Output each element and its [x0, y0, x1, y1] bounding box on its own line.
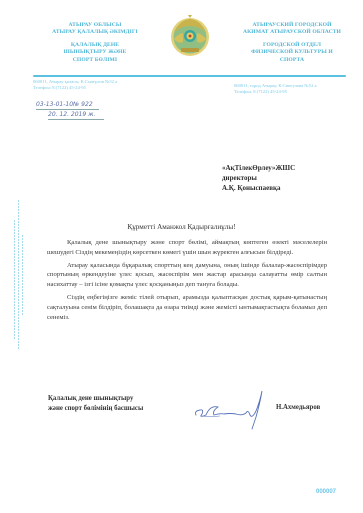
registration-date: 20. 12. 2019 ж.	[48, 110, 104, 120]
org-line: АТЫРАУ ҚАЛАЛЫҚ ӘКІМДІГІ	[30, 29, 160, 36]
signatory-name: Н.Ахмедьяров	[276, 404, 320, 411]
address-right: 060011, город Атырау, К.Смагулова №52 а …	[234, 83, 317, 95]
phone-text: Телефон: 8 (7122) 45-24-95	[234, 89, 317, 95]
letterhead-left: АТЫРАУ ОБЛЫСЫ АТЫРАУ ҚАЛАЛЫҚ ӘКІМДІГІ ҚА…	[30, 22, 160, 64]
serial-number: 000007	[316, 489, 336, 495]
letter-body: Қалалық дене шынықтыру және спорт бөлімі…	[47, 238, 327, 325]
org-line: АТЫРАУ ОБЛЫСЫ	[30, 22, 160, 29]
dept-line: ШЫНЫҚТЫРУ ЖӘНЕ	[30, 49, 160, 56]
registration-stamp: 03-13-01-10№ 922 20. 12. 2019 ж.	[36, 100, 104, 120]
dept-line: ҚАЛАЛЫҚ ДЕНЕ	[30, 42, 160, 49]
org-line: АКИМАТ АТЫРАУСКОЙ ОБЛАСТИ	[222, 29, 362, 36]
salutation: Құрметті Аманжол Қадырғалиұлы!	[0, 223, 363, 231]
addressee-block: «АқТілекӨрлеу»ЖШС директоры А.Қ. Қоныспа…	[222, 163, 295, 193]
dept-line: СПОРТА	[222, 57, 362, 64]
addressee-line: директоры	[222, 173, 295, 183]
address-left: 060011, Атырау қаласы, К.Смағұлов №52 а …	[33, 79, 117, 91]
handwritten-signature-icon	[190, 383, 270, 433]
signatory-title: Қалалық дене шынықтыру және спорт бөлімі…	[48, 394, 143, 414]
addressee-line: «АқТілекӨрлеу»ЖШС	[222, 163, 295, 173]
registration-number: 03-13-01-10№ 922	[36, 100, 99, 110]
addressee-line: А.Қ. Қоныспаевқа	[222, 183, 295, 193]
title-line: Қалалық дене шынықтыру	[48, 394, 143, 404]
title-line: және спорт бөлімінің басшысы	[48, 404, 143, 414]
letterhead-right: АТЫРАУСКИЙ ГОРОДСКОЙ АКИМАТ АТЫРАУСКОЙ О…	[222, 22, 362, 64]
dept-line: СПОРТ БӨЛІМІ	[30, 57, 160, 64]
state-emblem-icon	[169, 14, 211, 62]
paragraph: Атырау қаласында бұқаралық спорттың кең …	[47, 261, 327, 290]
paragraph: Сіздің еңбегіңізге жеміс тілей отырып, а…	[47, 293, 327, 322]
phone-text: Телефон: 8 (7122) 45-24-95	[33, 85, 117, 91]
header-divider	[33, 75, 346, 77]
paragraph: Қалалық дене шынықтыру және спорт бөлімі…	[47, 238, 327, 258]
dept-line: ФИЗИЧЕСКОЙ КУЛЬТУРЫ И	[222, 49, 362, 56]
